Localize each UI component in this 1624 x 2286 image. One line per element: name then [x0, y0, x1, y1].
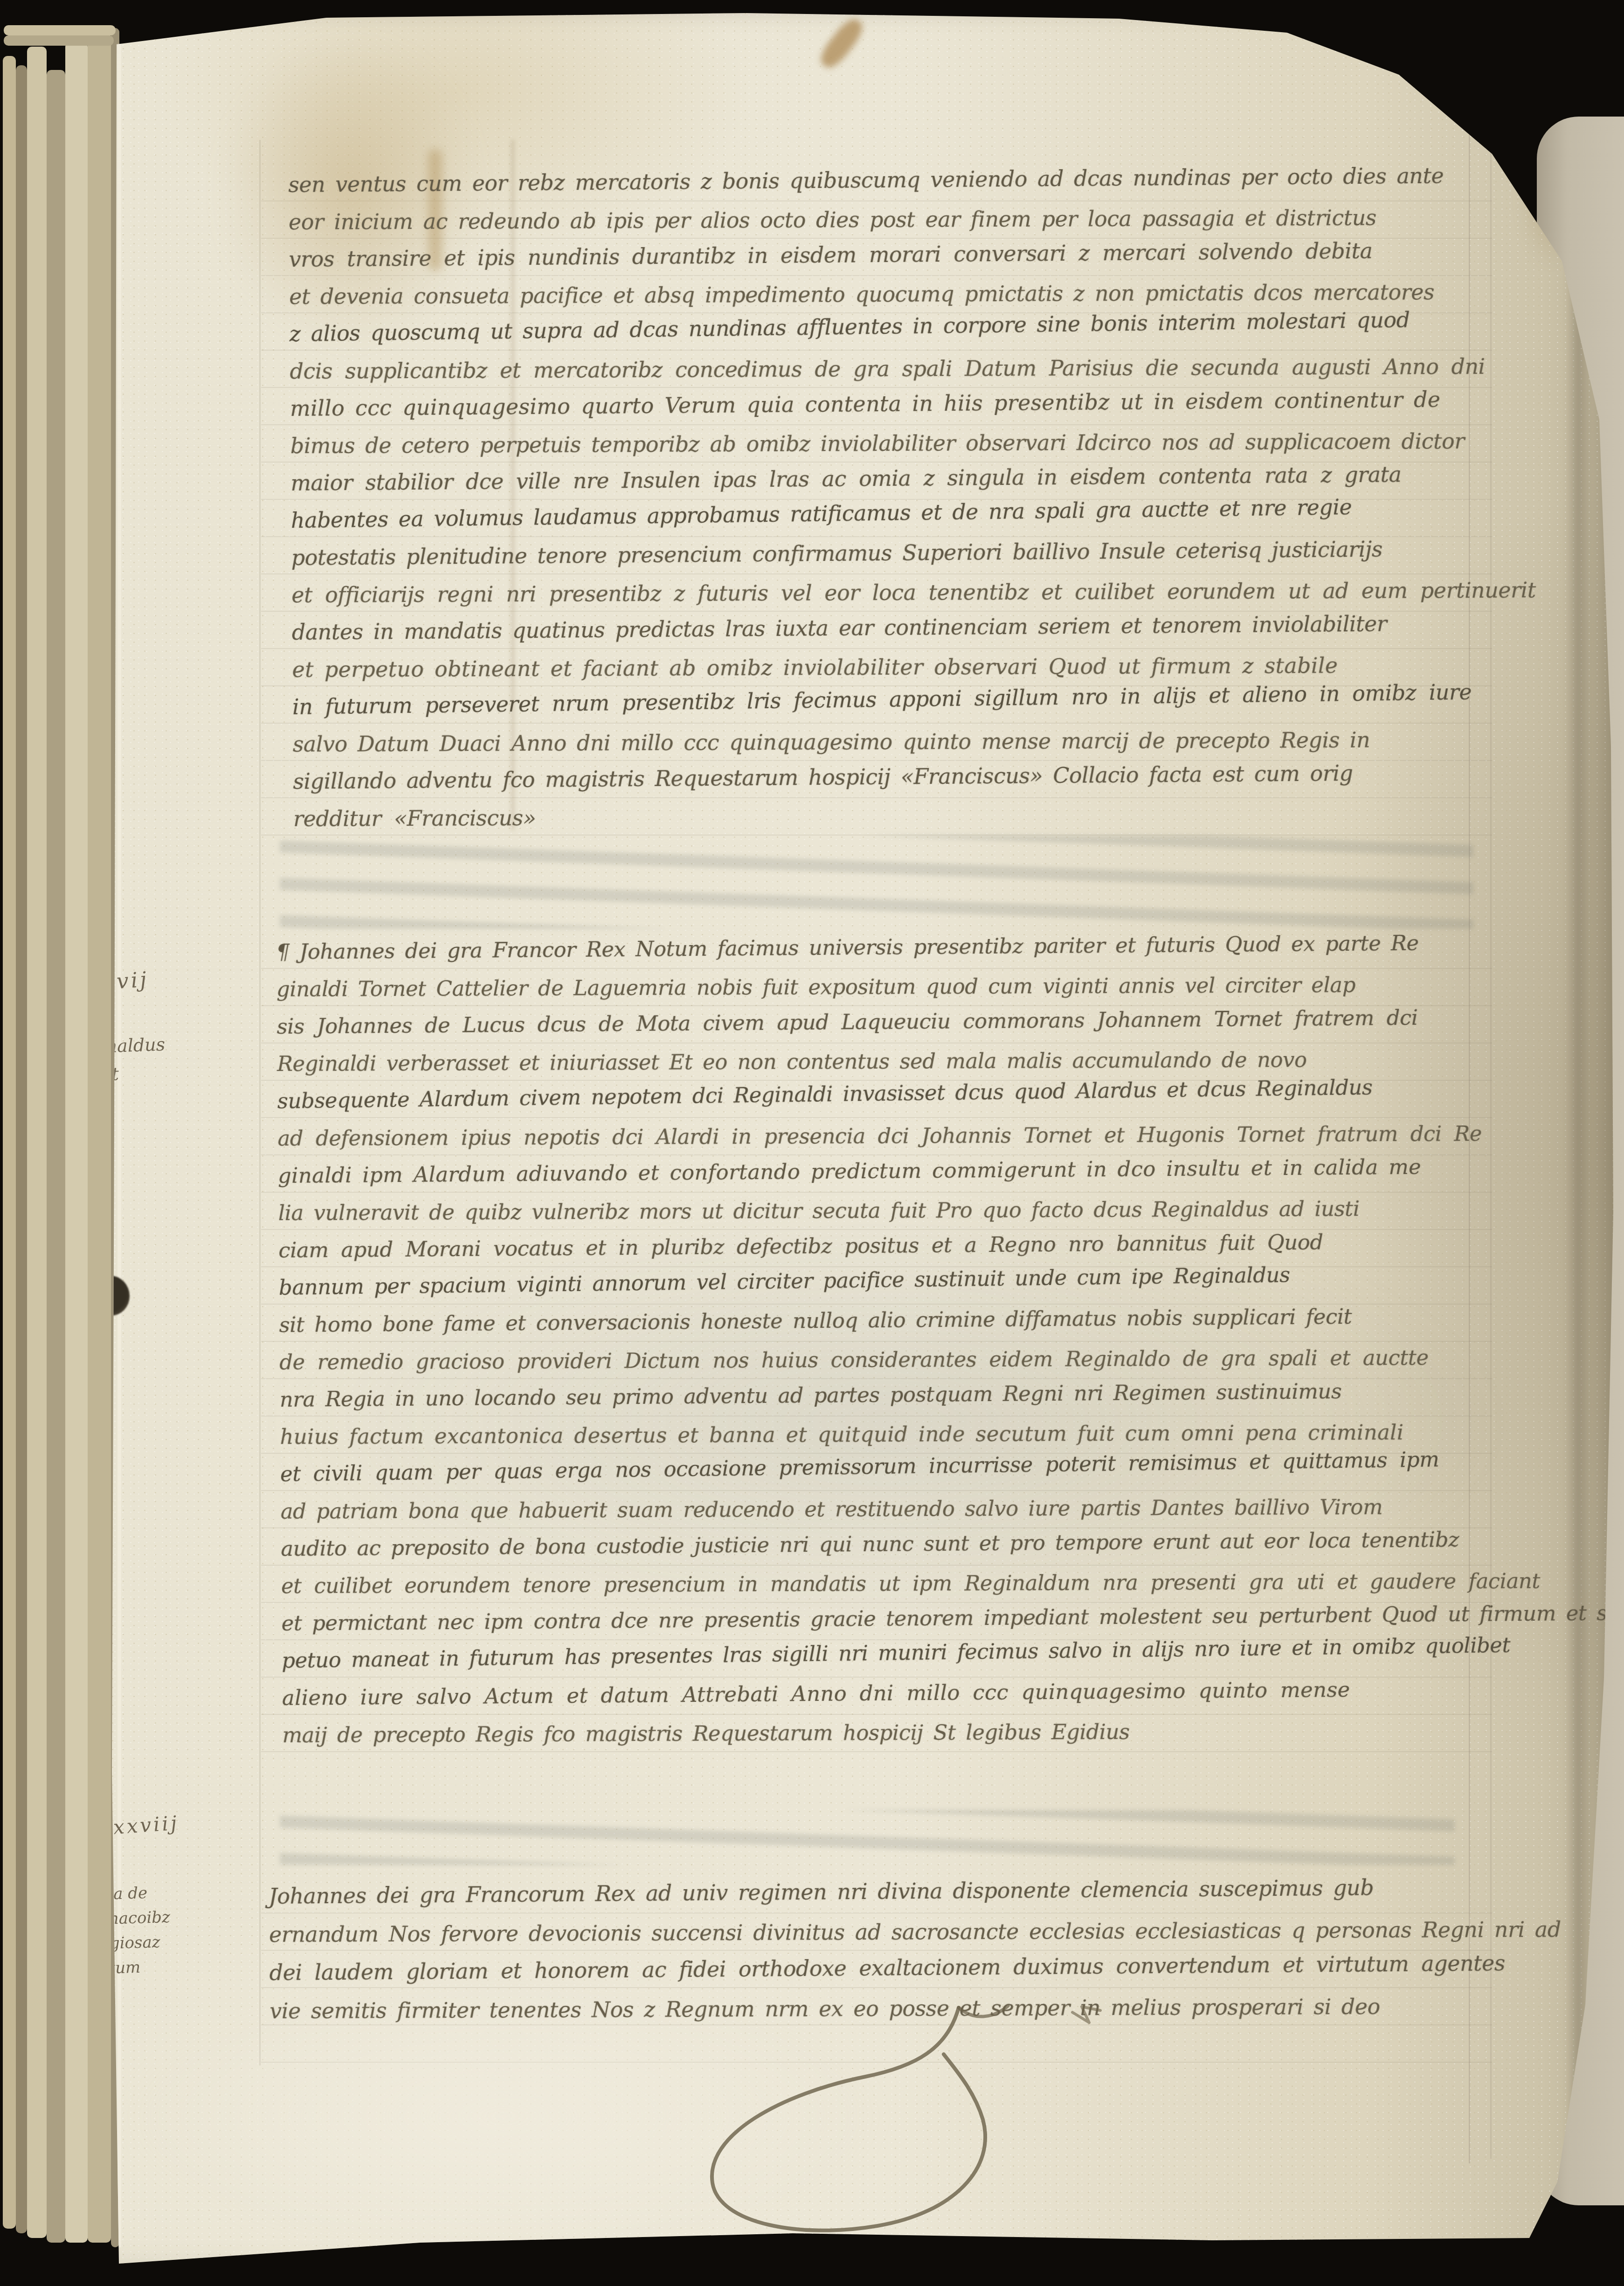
manuscript-text-line: ad patriam bona que habuerit suam reduce… [281, 1488, 1512, 1530]
margin-note-entry-88: lxxxviij carta deordinacoibzreligiosazre… [91, 1817, 259, 1979]
page-curl-shadow [1568, 149, 1588, 2191]
manuscript-text-line: redditur «Franciscus» [293, 795, 1515, 837]
manuscript-text-line: Johannes dei gra Francorum Rex ad univ r… [269, 1867, 1509, 1915]
manuscript-text-line: ernandum Nos fervore devocionis succensi… [269, 1910, 1509, 1954]
gutter-page-edge [88, 33, 111, 2243]
ink-offset-band [280, 1810, 1455, 1865]
gutter-page-edge-top [4, 35, 114, 46]
gutter-page-edge [65, 42, 88, 2243]
parchment-stain [816, 15, 867, 72]
manuscript-text-line: et cuilibet eorundem tenore presencium i… [281, 1562, 1512, 1605]
gutter-page-edge [16, 65, 27, 2233]
manuscript-text-line: lia vulneravit de quibz vulneribz mors u… [278, 1189, 1509, 1232]
manuscript-text-line: ad defensionem ipius nepotis dci Alardi … [277, 1115, 1508, 1157]
manuscript-text-line: ¶ Johannes dei gra Francor Rex Notum fac… [276, 924, 1507, 971]
manuscript-text-line: et officiarijs regni nri presentibz z fu… [291, 571, 1513, 614]
photograph-of-codex-page: sen ventus cum eor rebz mercatoris z bon… [0, 0, 1624, 2286]
manuscript-text-line: bimus de cetero perpetuis temporibz ab o… [290, 422, 1512, 464]
manuscript-text-line: de remedio gracioso provideri Dictum nos… [279, 1339, 1510, 1381]
manuscript-text-line: salvo Datum Duaci Anno dni millo ccc qui… [293, 720, 1514, 763]
manuscript-text-line: ginaldi Tornet Cattelier de Laguemria no… [276, 966, 1507, 1008]
pen-flourish-loop [662, 2000, 1175, 2243]
gutter-page-edge [47, 70, 65, 2243]
margin-entry-number: lxxxviij [90, 1806, 260, 1840]
gutter-page-edge-top [4, 25, 116, 35]
gutter-page-edge [27, 47, 47, 2238]
manuscript-text-line: dcis supplicantibz et mercatoribz conced… [290, 347, 1511, 390]
margin-ruling-left [259, 140, 261, 2065]
ink-offset-band [280, 836, 1473, 929]
manuscript-text-line: maij de precepto Regis fco magistris Req… [282, 1712, 1513, 1754]
manuscript-text-line: sen ventus cum eor rebz mercatoris z bon… [288, 156, 1510, 203]
entry-text-block-1: sen ventus cum eor rebz mercatoris z bon… [288, 156, 1515, 837]
binding-thread [1356, 10, 1395, 20]
entry-text-block-2: ¶ Johannes dei gra Francor Rex Notum fac… [276, 924, 1513, 1754]
parchment-page: sen ventus cum eor rebz mercatoris z bon… [0, 0, 1624, 2286]
gutter-page-edge [3, 56, 16, 2229]
manuscript-text-line: eor inicium ac redeundo ab ipis per alio… [289, 198, 1510, 241]
